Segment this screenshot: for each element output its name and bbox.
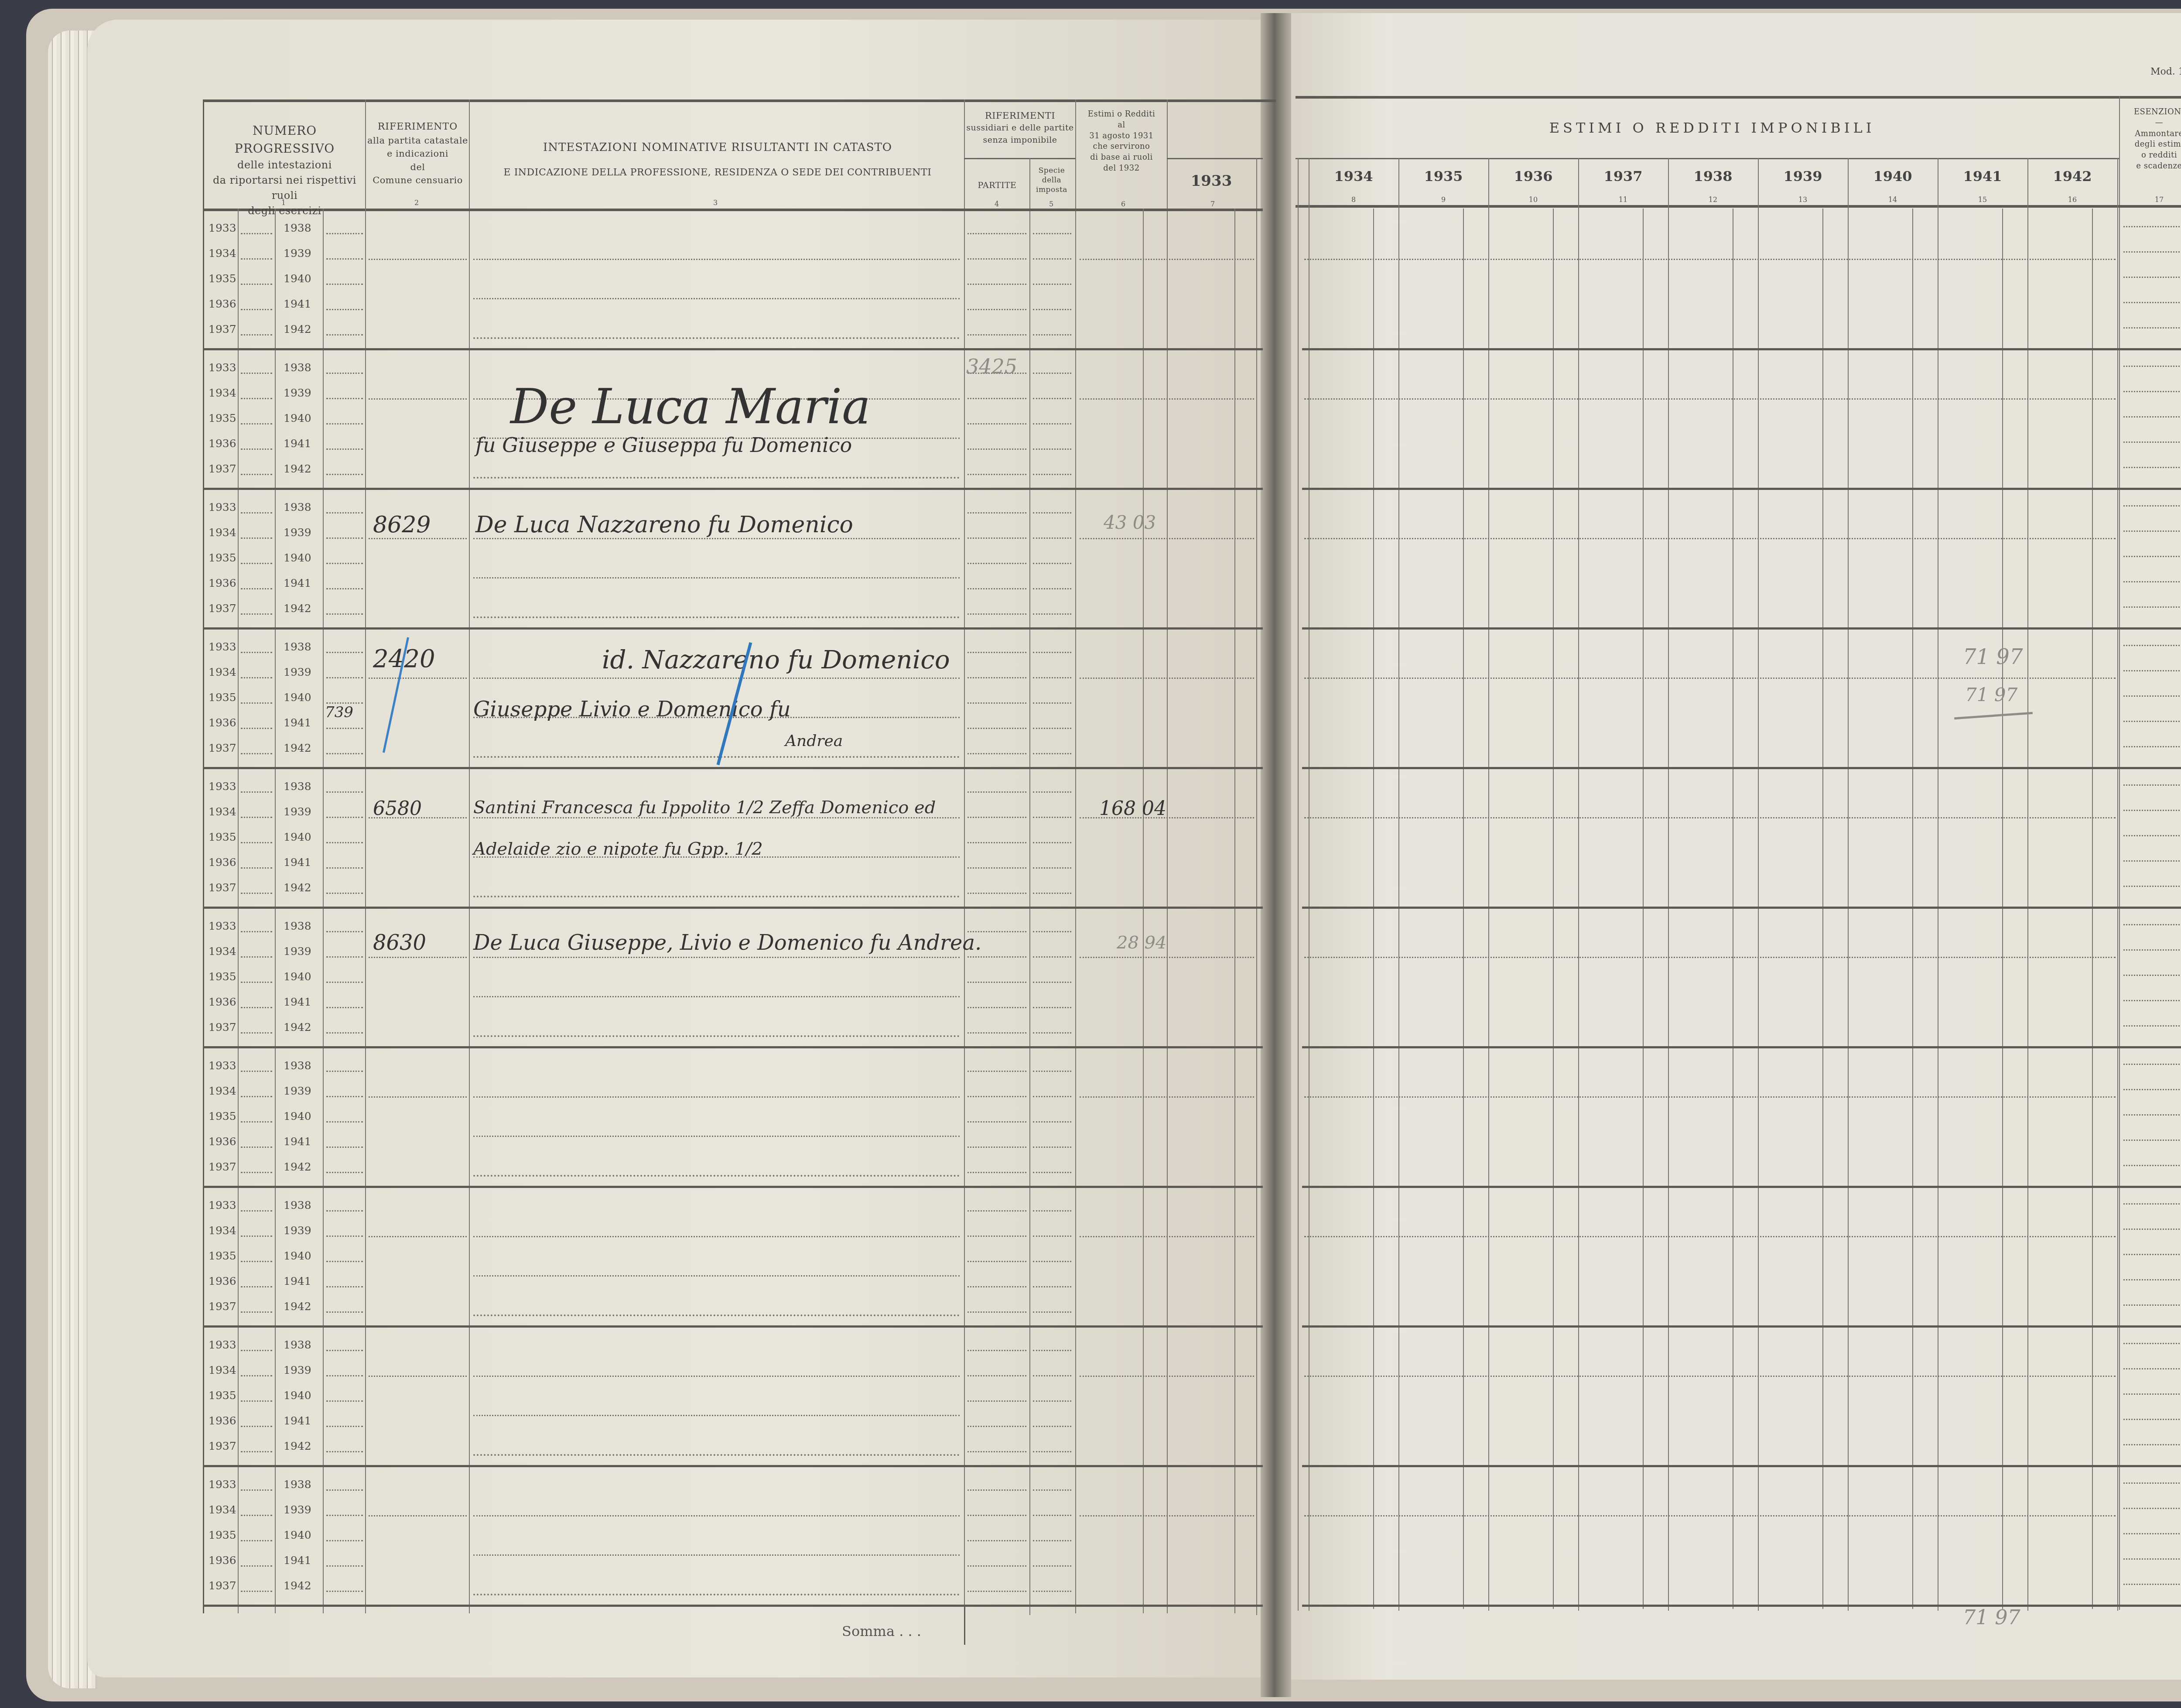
name-line [473, 1136, 960, 1137]
dotted-leader [967, 1311, 1026, 1313]
entry-separator [1302, 488, 2181, 490]
dotted-leader [2123, 810, 2181, 811]
dotted-leader [326, 1451, 363, 1452]
year-label: 1940 [284, 1389, 311, 1402]
dotted-leader [2123, 746, 2181, 747]
year-label: 1937 [209, 323, 236, 335]
header-year: 1939 [1758, 168, 1848, 185]
entry-separator [1302, 1325, 2181, 1328]
year-label: 1939 [284, 1085, 311, 1097]
dotted-leader [326, 309, 363, 310]
year-label: 1935 [209, 1389, 236, 1402]
header-estimi-1931: Estimi o Redditi al 31 agosto 1931 che s… [1076, 109, 1167, 174]
dotted-leader [967, 1071, 1026, 1072]
year-label: 1934 [209, 945, 236, 958]
dotted-leader [241, 1172, 272, 1173]
dotted-leader [241, 702, 272, 704]
dotted-leader [1033, 817, 1071, 818]
dotted-leader [326, 373, 363, 374]
amount-line [1080, 678, 1254, 679]
dotted-leader [2123, 886, 2181, 887]
dotted-leader [326, 588, 363, 589]
dotted-leader [241, 309, 272, 310]
year-label: 1941 [284, 716, 311, 729]
year-label: 1941 [284, 577, 311, 589]
dotted-leader [1033, 563, 1071, 564]
year-label: 1940 [284, 1249, 311, 1262]
year-label: 1936 [209, 996, 236, 1008]
year-label: 1938 [284, 501, 311, 513]
dotted-leader [967, 398, 1026, 399]
dotted-leader [967, 1540, 1026, 1541]
dotted-leader [1033, 1147, 1071, 1148]
dotted-leader [241, 1400, 272, 1402]
dotted-leader [2123, 949, 2181, 951]
name-line [473, 896, 960, 897]
amount-line [1080, 1376, 1254, 1377]
year-label: 1940 [284, 551, 311, 564]
year-label: 1936 [209, 1554, 236, 1567]
dotted-leader [1033, 334, 1071, 335]
amount-line [1080, 957, 1254, 958]
dotted-leader [1033, 537, 1071, 539]
entry-separator [1302, 1465, 2181, 1467]
value-1941-repeat: 71 97 [1965, 684, 2017, 705]
year-label: 1942 [284, 881, 311, 894]
dotted-leader [1033, 982, 1071, 983]
dotted-leader [326, 791, 363, 793]
year-label: 1941 [284, 1135, 311, 1148]
dotted-leader [241, 1121, 272, 1123]
dotted-leader [326, 512, 363, 513]
handwritten-intestazione-2: Andrea [785, 732, 843, 750]
year-label: 1937 [209, 1440, 236, 1452]
column-number: 9 [1398, 195, 1488, 204]
dotted-leader [967, 1172, 1026, 1173]
dotted-leader [2123, 670, 2181, 671]
year-label: 1938 [284, 1338, 311, 1351]
dotted-leader [326, 1515, 363, 1516]
dotted-leader [326, 867, 363, 869]
dotted-leader [2123, 1064, 2181, 1065]
year-label: 1933 [209, 361, 236, 374]
dotted-leader [241, 956, 272, 958]
dotted-leader [326, 613, 363, 615]
name-line [473, 259, 960, 260]
header-line: del [366, 161, 469, 174]
dotted-leader [1033, 1210, 1071, 1212]
dotted-leader [967, 1121, 1026, 1123]
dotted-leader [2123, 1165, 2181, 1166]
year-label: 1938 [284, 780, 311, 793]
dotted-leader [2123, 1558, 2181, 1560]
dotted-leader [326, 448, 363, 450]
dotted-leader [967, 1375, 1026, 1376]
dotted-leader [2123, 581, 2181, 582]
entry-separator [1302, 348, 2181, 350]
handwritten-intestazione-0: De Luca Giuseppe, Livio e Domenico fu An… [473, 931, 981, 955]
dotted-leader [1033, 1540, 1071, 1541]
handwritten-estimi_1931: 168 04 [1099, 798, 1166, 820]
year-label: 1940 [284, 272, 311, 285]
year-label: 1942 [284, 1300, 311, 1313]
dotted-leader [2123, 442, 2181, 443]
year-label: 1936 [209, 298, 236, 310]
entry-separator [203, 1325, 1263, 1328]
dotted-leader [967, 1096, 1026, 1097]
dotted-leader [967, 512, 1026, 513]
handwritten-estimi_1931: 43 03 [1104, 512, 1156, 533]
name-line [473, 477, 960, 479]
dotted-leader [2123, 1089, 2181, 1090]
dotted-leader [326, 1400, 363, 1402]
entry-separator [203, 488, 1263, 490]
column-number: 12 [1668, 195, 1758, 204]
dotted-leader [326, 1261, 363, 1262]
dotted-leader [241, 931, 272, 932]
header-year: 1942 [2027, 168, 2117, 185]
dotted-leader [326, 817, 363, 818]
dotted-leader [1033, 474, 1071, 475]
year-column-divider [2117, 158, 2118, 1611]
header-year: 1941 [1938, 168, 2027, 185]
year-label: 1933 [209, 222, 236, 234]
year-label: 1933 [209, 1059, 236, 1072]
form-model-label: Mod. 111 - Imposte Dirette (Intercalare)… [2150, 66, 2181, 77]
dotted-leader [2123, 1304, 2181, 1306]
dotted-leader [1033, 448, 1071, 450]
dotted-leader [1033, 588, 1071, 589]
entry-separator [203, 1046, 1263, 1048]
dotted-leader [2123, 467, 2181, 468]
entry-separator [1302, 907, 2181, 909]
year-column-divider [1758, 158, 1759, 1611]
dotted-leader [241, 1451, 272, 1452]
entry-separator [203, 767, 1263, 769]
dotted-leader [2123, 226, 2181, 227]
year-label: 1940 [284, 970, 311, 983]
entry-separator [1302, 1046, 2181, 1048]
year-label: 1942 [284, 1440, 311, 1452]
column-number: 2 [412, 199, 421, 207]
dotted-leader [1033, 309, 1071, 310]
dotted-leader [967, 956, 1026, 958]
header-line: alla partita catastale [366, 134, 469, 147]
dotted-leader [2123, 606, 2181, 608]
header-title: ESENZIONI [2120, 107, 2181, 118]
dotted-leader [2123, 556, 2181, 557]
year-column-divider [2027, 158, 2028, 1611]
year-label: 1941 [284, 1414, 311, 1427]
amount-line [1304, 1515, 2116, 1516]
dotted-leader [1033, 1350, 1071, 1351]
entry-separator [1302, 627, 2181, 630]
amount-line [1080, 259, 1254, 260]
dotted-leader [967, 1007, 1026, 1008]
dotted-leader [2123, 302, 2181, 303]
dotted-leader [1033, 1007, 1071, 1008]
header-line: delle intestazioni [205, 157, 364, 173]
year-label: 1937 [209, 881, 236, 894]
header-intestazioni: INTESTAZIONI NOMINATIVE RISULTANTI IN CA… [471, 140, 964, 180]
dotted-leader [241, 817, 272, 818]
right-page [1287, 13, 2181, 1680]
year-label: 1937 [209, 1160, 236, 1173]
dotted-leader [1033, 1451, 1071, 1452]
amount-line [1304, 678, 2116, 679]
dotted-leader [967, 817, 1026, 818]
dotted-leader [241, 423, 272, 424]
dotted-leader [326, 1286, 363, 1287]
dotted-leader [967, 474, 1026, 475]
dotted-leader [2123, 1584, 2181, 1585]
dotted-leader [241, 588, 272, 589]
name-line [473, 996, 960, 997]
header-line: — [2120, 118, 2181, 129]
dotted-leader [241, 373, 272, 374]
dotted-leader [967, 423, 1026, 424]
dotted-leader [241, 474, 272, 475]
year-label: 1939 [284, 1503, 311, 1516]
dotted-leader [326, 1007, 363, 1008]
dotted-leader [326, 233, 363, 234]
dotted-leader [967, 588, 1026, 589]
cents-divider [1463, 209, 1464, 1609]
year-label: 1941 [284, 298, 311, 310]
year-label: 1933 [209, 1478, 236, 1491]
dotted-leader [1033, 398, 1071, 399]
year-label: 1938 [284, 1478, 311, 1491]
dotted-leader [241, 1426, 272, 1427]
year-label: 1937 [209, 1021, 236, 1034]
cents-divider [1643, 209, 1644, 1609]
ref-line [369, 678, 467, 679]
name-line [473, 957, 960, 958]
dotted-leader [967, 448, 1026, 450]
dotted-leader [326, 1147, 363, 1148]
year-label: 1936 [209, 716, 236, 729]
year-label: 1941 [284, 1275, 311, 1287]
year-label: 1939 [284, 1364, 311, 1376]
handwritten-riferimento: 8629 [373, 512, 431, 538]
year-label: 1935 [209, 831, 236, 843]
year-label: 1936 [209, 1135, 236, 1148]
amount-line [1304, 957, 2116, 958]
amount-line [1080, 398, 1254, 400]
dotted-leader [967, 677, 1026, 678]
left-border [1298, 158, 1299, 1611]
dotted-leader [2123, 975, 2181, 976]
year-label: 1934 [209, 666, 236, 678]
cents-divider [1373, 209, 1374, 1609]
dotted-leader [241, 537, 272, 539]
name-line [473, 1035, 960, 1037]
dotted-leader [1033, 1236, 1071, 1237]
dotted-leader [1033, 867, 1071, 869]
dotted-leader [241, 1096, 272, 1097]
year-label: 1936 [209, 1275, 236, 1287]
year-label: 1936 [209, 437, 236, 450]
dotted-leader [241, 613, 272, 615]
cents-divider [2002, 209, 2003, 1609]
dotted-leader [326, 728, 363, 729]
header-line: al [1076, 120, 1167, 131]
year-label: 1942 [284, 1021, 311, 1034]
dotted-leader [2123, 1343, 2181, 1344]
dotted-leader [2123, 531, 2181, 532]
dotted-leader [2123, 1140, 2181, 1141]
dotted-leader [1033, 258, 1071, 260]
name-line [473, 1554, 960, 1556]
dotted-leader [967, 652, 1026, 653]
column-number: 11 [1578, 195, 1668, 204]
ref-line [369, 398, 467, 400]
dotted-leader [326, 1236, 363, 1237]
dotted-leader [967, 867, 1026, 869]
dotted-leader [2123, 645, 2181, 646]
dotted-leader [2123, 505, 2181, 507]
dotted-leader [2123, 1114, 2181, 1116]
dotted-leader [241, 334, 272, 335]
dotted-leader [967, 1236, 1026, 1237]
dotted-leader [1033, 1375, 1071, 1376]
amount-line [1080, 538, 1254, 539]
year-label: 1933 [209, 1338, 236, 1351]
dotted-leader [1033, 1515, 1071, 1516]
year-label: 1939 [284, 1224, 311, 1237]
name-line [473, 1376, 960, 1377]
name-line [473, 298, 960, 299]
column-number: 6 [1119, 200, 1128, 208]
year-label: 1934 [209, 805, 236, 818]
dotted-leader [1033, 1311, 1071, 1313]
year-label: 1938 [284, 1059, 311, 1072]
year-label: 1935 [209, 1110, 236, 1123]
name-line [473, 1096, 960, 1098]
dotted-leader [967, 284, 1026, 285]
dotted-leader [2123, 391, 2181, 392]
dotted-leader [241, 1591, 272, 1592]
dotted-leader [2123, 1279, 2181, 1280]
dotted-leader [326, 677, 363, 678]
year-label: 1934 [209, 1503, 236, 1516]
year-label: 1934 [209, 526, 236, 539]
dotted-leader [241, 1565, 272, 1567]
dotted-leader [1033, 1032, 1071, 1034]
year-label: 1939 [284, 526, 311, 539]
dotted-leader [241, 448, 272, 450]
year-label: 1941 [284, 996, 311, 1008]
dotted-leader [241, 1236, 272, 1237]
year-label: 1938 [284, 640, 311, 653]
amount-line [1080, 1515, 1254, 1516]
handwritten-intestazione-0: id. Nazzareno fu Domenico [602, 645, 950, 674]
dotted-leader [2123, 1025, 2181, 1027]
year-column-divider [1938, 158, 1938, 1611]
dotted-leader [967, 309, 1026, 310]
column-number: 4 [992, 200, 1001, 208]
dotted-leader [2123, 1000, 2181, 1001]
year-label: 1939 [284, 247, 311, 260]
column-number: 10 [1488, 195, 1578, 204]
dotted-leader [1033, 1426, 1071, 1427]
dotted-leader [967, 753, 1026, 754]
dotted-leader [1033, 1565, 1071, 1567]
column-number: 16 [2027, 195, 2117, 204]
dotted-leader [326, 652, 363, 653]
dotted-leader [967, 233, 1026, 234]
name-line [473, 538, 960, 539]
dotted-leader [1033, 677, 1071, 678]
entry-separator [203, 348, 1263, 350]
year-label: 1934 [209, 387, 236, 399]
dotted-leader [967, 842, 1026, 843]
dotted-leader [967, 613, 1026, 615]
dotted-leader [241, 1515, 272, 1516]
dotted-leader [967, 1350, 1026, 1351]
header-line: Estimi o Redditi [1076, 109, 1167, 120]
year-label: 1934 [209, 247, 236, 260]
ref-line [369, 957, 467, 958]
handwritten-intestazione-1: Adelaide zio e nipote fu Gpp. 1/2 [473, 839, 763, 859]
dotted-leader [241, 258, 272, 260]
header-title: RIFERIMENTO [366, 120, 469, 134]
dotted-leader [241, 1210, 272, 1212]
year-label: 1937 [209, 742, 236, 754]
year-label: 1938 [284, 1199, 311, 1212]
dotted-leader [326, 1426, 363, 1427]
year-label: 1935 [209, 691, 236, 704]
year-label: 1938 [284, 361, 311, 374]
dotted-leader [2123, 1419, 2181, 1420]
dotted-leader [967, 982, 1026, 983]
dotted-leader [326, 1096, 363, 1097]
year-label: 1936 [209, 1414, 236, 1427]
amount-line [1304, 538, 2116, 539]
dotted-leader [241, 1375, 272, 1376]
amount-line [1304, 259, 2116, 260]
year-label: 1935 [209, 1529, 236, 1541]
dotted-leader [967, 1210, 1026, 1212]
dotted-leader [1033, 1489, 1071, 1491]
dotted-leader [241, 982, 272, 983]
handwritten-intestazione-0: Santini Francesca fu Ippolito 1/2 Zeffa … [473, 798, 936, 818]
name-line [473, 1275, 960, 1277]
year-label: 1941 [284, 1554, 311, 1567]
year-column-divider [1309, 158, 1309, 1611]
column-number: 17 [2153, 195, 2166, 204]
year-label: 1933 [209, 920, 236, 932]
handwritten-riferimento: 8630 [373, 931, 426, 955]
dotted-leader [1033, 728, 1071, 729]
dotted-leader [967, 728, 1026, 729]
amount-line [1304, 1096, 2116, 1098]
name-line [473, 1415, 960, 1416]
dotted-leader [326, 1591, 363, 1592]
year-column-divider [1488, 158, 1489, 1611]
dotted-leader [326, 1071, 363, 1072]
dotted-leader [326, 284, 363, 285]
entry-separator [1302, 1605, 2181, 1607]
ref-line [369, 1096, 467, 1098]
value-1941: 71 97 [1963, 645, 2023, 669]
header-line: del 1932 [1076, 163, 1167, 174]
dotted-leader [241, 893, 272, 894]
year-label: 1933 [209, 640, 236, 653]
dotted-leader [1033, 1096, 1071, 1097]
dotted-leader [967, 1261, 1026, 1262]
year-label: 1937 [209, 462, 236, 475]
